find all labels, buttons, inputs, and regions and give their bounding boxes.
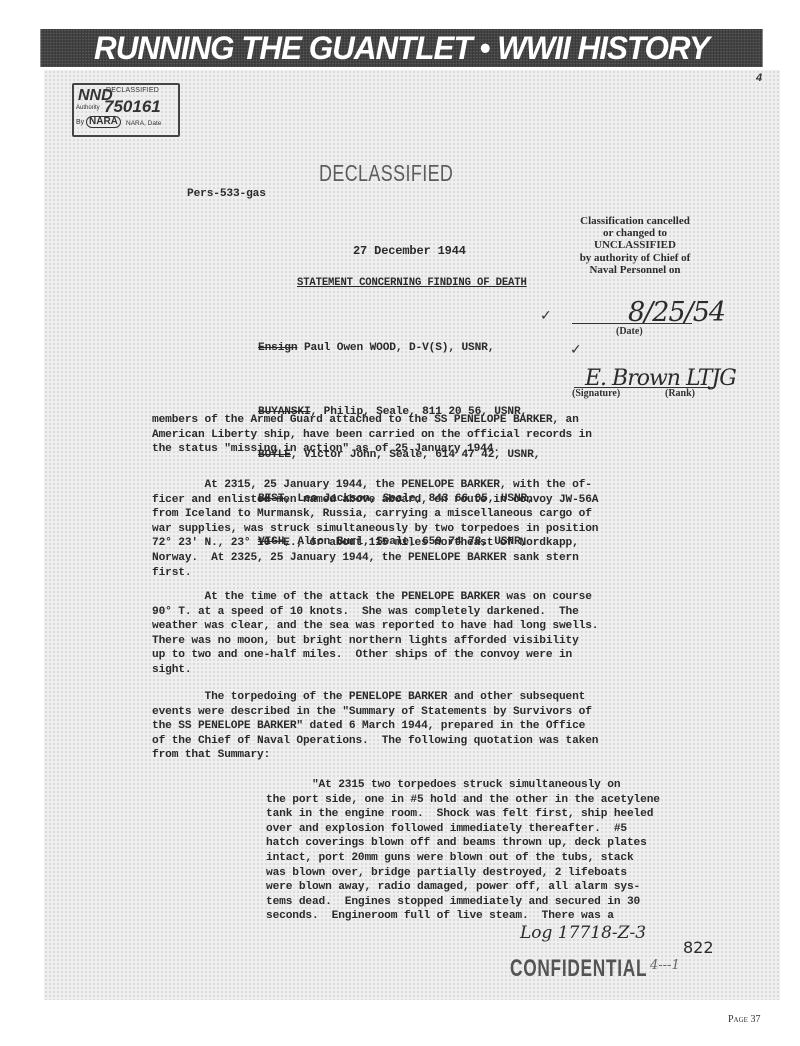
- document-title: STATEMENT CONCERNING FINDING OF DEATH: [297, 276, 527, 291]
- stamp-by-label: By: [76, 119, 84, 126]
- survivor-quotation: "At 2315 two torpedoes struck simultaneo…: [266, 778, 660, 924]
- rank-label: (Rank): [665, 388, 695, 399]
- classification-line: or changed to: [560, 227, 710, 239]
- personnel-details: Paul Owen WOOD, D-V(S), USNR,: [297, 342, 494, 354]
- file-reference: Pers-533-gas: [187, 187, 266, 202]
- stamp-badge: NARA: [86, 116, 121, 128]
- classification-line: UNCLASSIFIED: [560, 239, 710, 251]
- stamp-number: 750161: [104, 97, 161, 117]
- stamp-date-label: NARA, Date: [126, 120, 161, 127]
- personnel-row: Ensign Paul Owen WOOD, D-V(S), USNR,: [258, 341, 540, 356]
- paragraph-summary-reference: The torpedoing of the PENELOPE BARKER an…: [152, 690, 598, 763]
- publication-banner: RUNNING THE GUANTLET • WWII HISTORY: [40, 29, 762, 67]
- classification-line: Classification cancelled: [560, 215, 710, 227]
- date-signature-line: [572, 323, 692, 324]
- signature-label: (Signature): [572, 388, 620, 399]
- handwritten-log-number: Log 17718-Z-3: [520, 923, 646, 943]
- date-label: (Date): [616, 326, 643, 337]
- classification-line: Naval Personnel on: [560, 264, 710, 276]
- confidential-stamp: CONFIDENTIAL: [510, 955, 647, 983]
- paragraph-torpedo-attack: At 2315, 25 January 1944, the PENELOPE B…: [152, 478, 598, 580]
- document-date: 27 December 1944: [353, 244, 466, 259]
- stamp-authority-label: Authority: [76, 105, 100, 111]
- handwritten-mark: 4---1: [650, 958, 680, 973]
- corner-page-mark: 4: [756, 72, 762, 84]
- declassified-stamp: DECLASSIFIED: [319, 160, 453, 187]
- declassification-stamp-box: NND DECLASSIFIED Authority 750161 By NAR…: [72, 83, 180, 137]
- page-number: Page 37: [728, 1014, 760, 1025]
- paragraph-conditions: At the time of the attack the PENELOPE B…: [152, 590, 598, 678]
- stamp-header: DECLASSIFIED: [106, 87, 159, 94]
- classification-line: by authority of Chief of: [560, 252, 710, 264]
- handwritten-number: 822: [683, 938, 714, 957]
- personnel-prefix: Ensign: [258, 342, 297, 354]
- checkmark-icon: ✓: [540, 308, 552, 324]
- paragraph-missing-status: members of the Armed Guard attached to t…: [152, 413, 592, 457]
- classification-notice: Classification cancelled or changed to U…: [560, 215, 710, 276]
- checkmark-icon: ✓: [570, 342, 582, 358]
